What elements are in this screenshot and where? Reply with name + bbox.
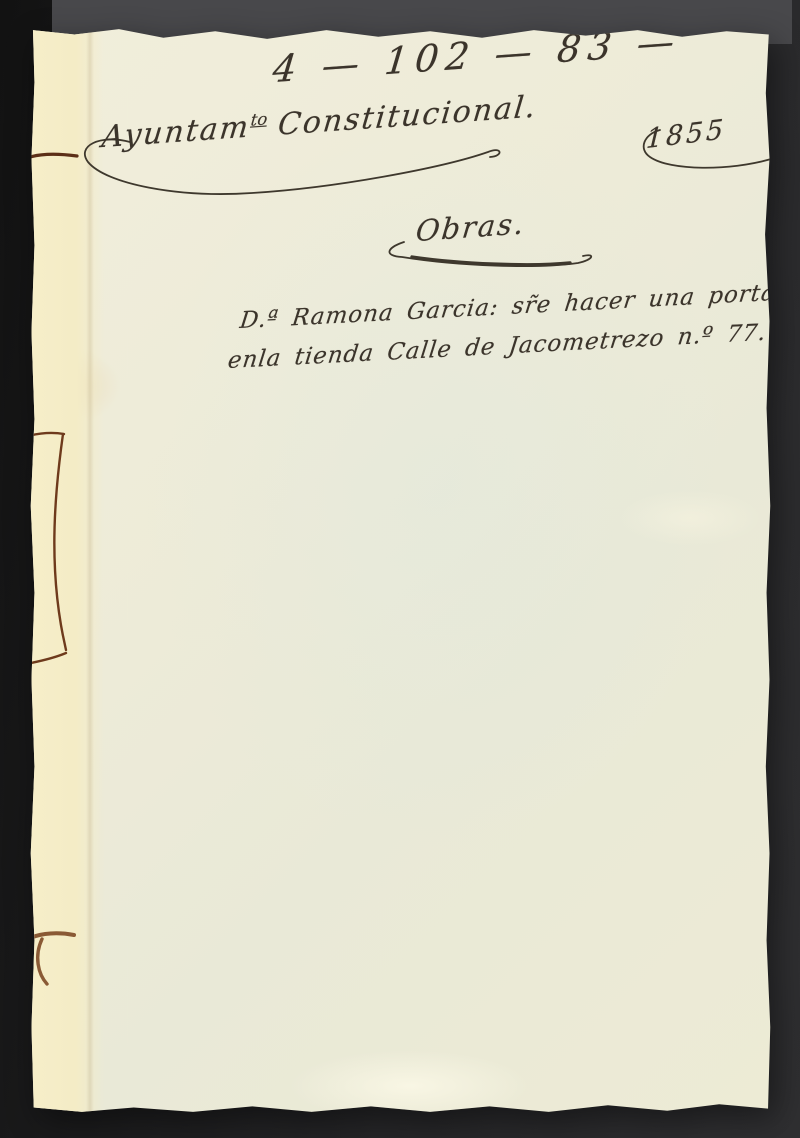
stitch-thread-bottom xyxy=(30,933,74,984)
stitch-thread-loop xyxy=(30,433,66,664)
binding-threads xyxy=(30,28,771,1114)
photo-background: 4 — 102 — 83 — Ayuntamto Constitucional.… xyxy=(0,0,800,1138)
year: 1855 xyxy=(645,114,727,155)
heading-word: Ayuntam xyxy=(100,109,252,155)
year-text: 1855 xyxy=(645,114,727,155)
ink-flourishes xyxy=(30,28,771,1114)
section-underline-swell xyxy=(412,257,570,265)
archive-signature-text: 4 — 102 — 83 — xyxy=(271,19,684,91)
heading-rest: Constitucional. xyxy=(276,89,539,142)
archive-signature: 4 — 102 — 83 — xyxy=(271,19,684,91)
heading-ayuntamiento: Ayuntamto Constitucional. xyxy=(100,89,539,155)
document-page: 4 — 102 — 83 — Ayuntamto Constitucional.… xyxy=(30,28,771,1114)
section-title-text: Obras. xyxy=(414,206,527,248)
stitch-thread-top xyxy=(30,154,77,157)
section-title: Obras. xyxy=(414,206,527,248)
heading-superscript: to xyxy=(250,109,269,129)
document-page-wrap: 4 — 102 — 83 — Ayuntamto Constitucional.… xyxy=(30,28,771,1114)
